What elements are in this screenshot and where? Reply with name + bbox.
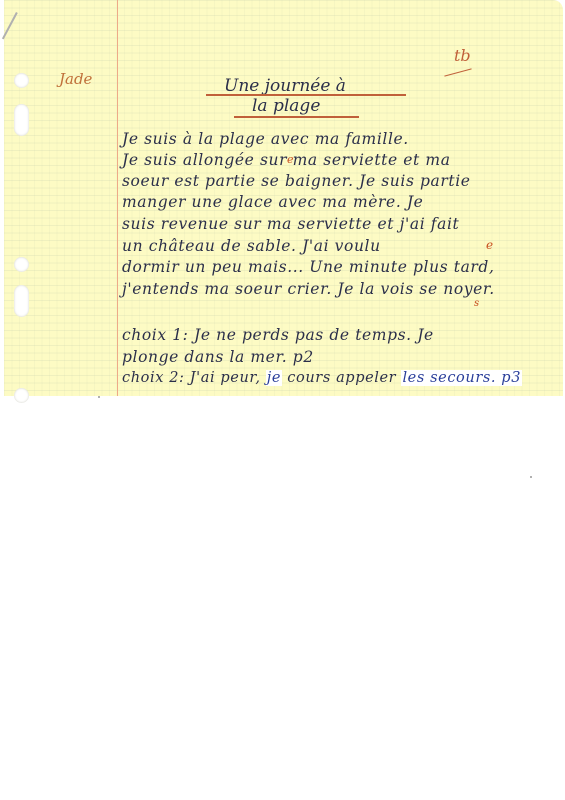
pencil-mark	[2, 12, 18, 39]
teacher-correction: e	[486, 238, 493, 252]
choice-2-prefix: choix 2: J'ai peur,	[122, 370, 261, 386]
scan-speck	[530, 476, 532, 478]
paragraph-line: un château de sable. J'ai voulu	[122, 237, 381, 255]
student-name: Jade	[59, 70, 92, 88]
scan-speck	[98, 396, 100, 398]
paragraph-line: soeur est partie se baigner. Je suis par…	[122, 172, 471, 190]
paragraph-line: suis revenue sur ma serviette et j'ai fa…	[122, 215, 459, 233]
punch-hole	[14, 104, 29, 136]
paragraph-line: dormir un peu mais... Une minute plus ta…	[122, 258, 494, 276]
punch-hole	[14, 285, 29, 317]
teacher-correction: s	[474, 298, 479, 309]
choice-1-line-2: plonge dans la mer. p2	[122, 348, 314, 366]
punch-hole	[14, 73, 29, 88]
paragraph-line: manger une glace avec ma mère. Je	[122, 193, 423, 211]
title-line-2: la plage	[252, 96, 320, 116]
choice-2-line: choix 2: J'ai peur, je cours appeler les…	[122, 370, 522, 386]
choice-2-correction: les secours. p3	[401, 370, 522, 386]
grade-underline	[444, 68, 471, 76]
title-underline	[234, 116, 359, 118]
title-line-1: Une journée à	[224, 76, 346, 96]
punch-hole	[14, 388, 29, 403]
punch-hole	[14, 257, 29, 272]
paragraph-line: Je suis à la plage avec ma famille.	[122, 130, 409, 148]
margin-line	[117, 0, 118, 396]
choice-2-middle: cours appeler	[287, 370, 396, 386]
grade-mark: tb	[454, 46, 471, 65]
teacher-correction: e	[287, 153, 294, 166]
choice-1-line-1: choix 1: Je ne perds pas de temps. Je	[122, 326, 434, 344]
paragraph-line: j'entends ma soeur crier. Je la vois se …	[122, 280, 495, 298]
notebook-page: Jade tb Une journée à la plage Je suis à…	[4, 0, 563, 396]
choice-2-correction: je	[266, 370, 282, 386]
